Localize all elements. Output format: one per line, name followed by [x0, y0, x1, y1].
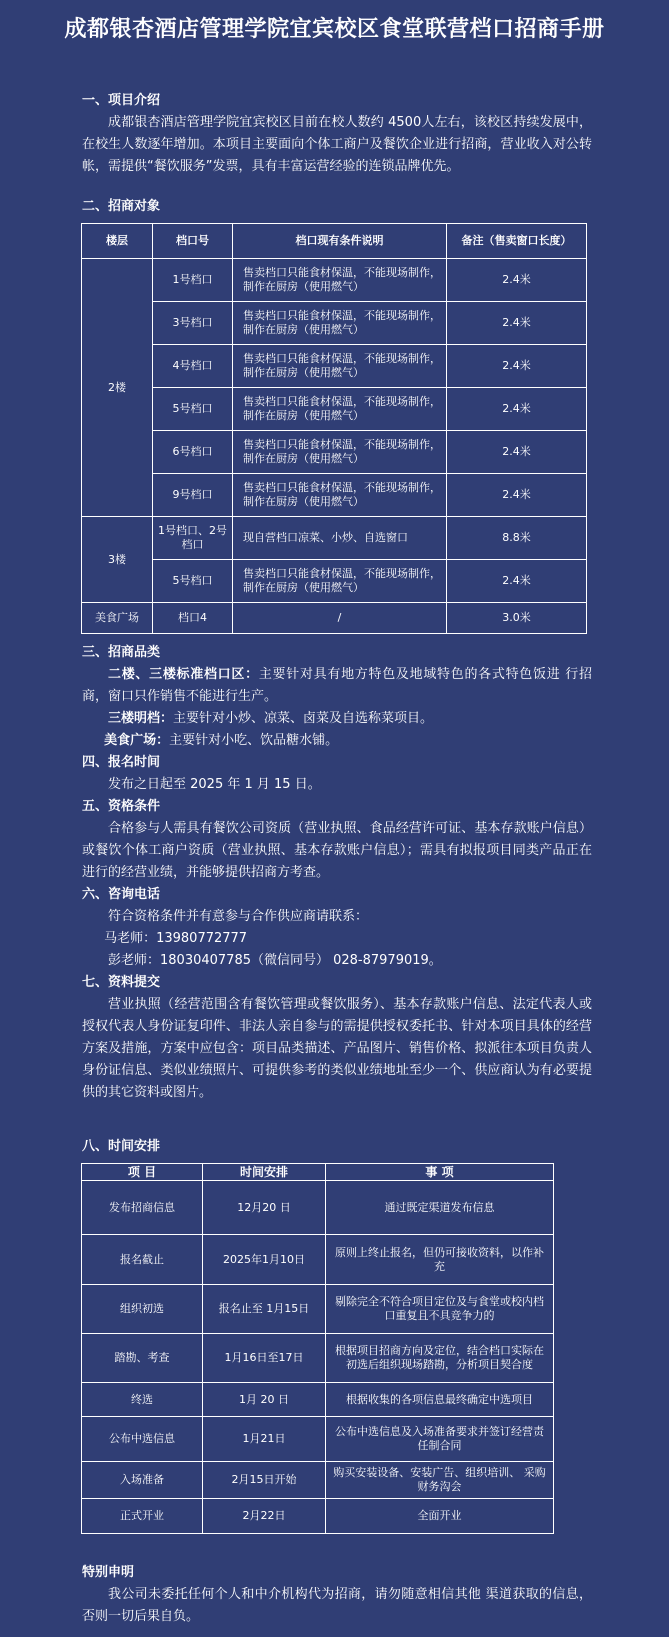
matter-cell: 原则上终止报名，但仍可接收资料，以作补充: [326, 1235, 554, 1285]
length-cell: 2.4米: [447, 431, 587, 474]
matter-cell: 购买安装设备、安装广告、组织培训、 采购财务沟会: [326, 1462, 554, 1499]
matter-cell: 根据收集的各项信息最终确定中选项目: [326, 1383, 554, 1417]
table-row: 3楼 1号档口、2号档口 现自营档口凉菜、小炒、自选窗口 8.8米: [82, 517, 587, 560]
time-cell: 1月 20 日: [203, 1383, 326, 1417]
schedule-table: 项 目 时间安排 事 项 发布招商信息 12月20 日 通过既定渠道发布信息 报…: [81, 1163, 554, 1534]
section-body: 营业执照（经营范围含有餐饮管理或餐饮服务）、基本存款账户信息、法定代表人或授权代…: [82, 994, 592, 1104]
stall-cell: 9号档口: [153, 474, 233, 517]
section-notice: 特别申明 我公司未委托任何个人和中介机构代为招商，请勿随意相信其他 渠道获取的信…: [82, 1562, 592, 1628]
item-cell: 公布中选信息: [82, 1417, 203, 1462]
condition-cell: 售卖档口只能食材保温，不能现场制作，制作在厨房（使用燃气）: [233, 259, 447, 302]
table-row: 终选 1月 20 日 根据收集的各项信息最终确定中选项目: [82, 1383, 554, 1417]
header-window-length: 备注（售卖窗口长度）: [447, 224, 587, 259]
length-cell: 8.8米: [447, 517, 587, 560]
section-body: 合格参与人需具有餐饮公司资质（营业执照、食品经营许可证、基本存款账户信息）或餐饮…: [82, 818, 592, 884]
table-row: 9号档口 售卖档口只能食材保温，不能现场制作，制作在厨房（使用燃气） 2.4米: [82, 474, 587, 517]
stall-cell: 3号档口: [153, 302, 233, 345]
table-row: 入场准备 2月15日开始 购买安装设备、安装广告、组织培训、 采购财务沟会: [82, 1462, 554, 1499]
table-row: 2楼 1号档口 售卖档口只能食材保温，不能现场制作，制作在厨房（使用燃气） 2.…: [82, 259, 587, 302]
category-item: 二楼、三楼标准档口区：主要针对具有地方特色及地域特色的各式特色饭进 行招商，窗口…: [82, 664, 592, 708]
section-heading: 三、招商品类: [82, 642, 592, 664]
time-cell: 2月22日: [203, 1499, 326, 1534]
stall-cell: 6号档口: [153, 431, 233, 474]
item-cell: 终选: [82, 1383, 203, 1417]
contact-peng: 彭老师：18030407785（微信同号） 028-87979019。: [82, 950, 592, 972]
time-cell: 12月20 日: [203, 1181, 326, 1235]
condition-cell: 售卖档口只能食材保温，不能现场制作，制作在厨房（使用燃气）: [233, 302, 447, 345]
category-label: 二楼、三楼标准档口区：: [108, 667, 259, 682]
item-cell: 踏勘、考查: [82, 1334, 203, 1383]
section-heading: 五、资格条件: [82, 796, 592, 818]
table-row: 正式开业 2月22日 全面开业: [82, 1499, 554, 1534]
condition-cell: /: [233, 603, 447, 634]
matter-cell: 全面开业: [326, 1499, 554, 1534]
time-cell: 报名止至 1月15日: [203, 1285, 326, 1334]
section-body: 我公司未委托任何个人和中介机构代为招商，请勿随意相信其他 渠道获取的信息，否则一…: [82, 1584, 592, 1628]
table-row: 美食广场 档口4 / 3.0米: [82, 603, 587, 634]
length-cell: 2.4米: [447, 560, 587, 603]
condition-cell: 售卖档口只能食材保温，不能现场制作，制作在厨房（使用燃气）: [233, 431, 447, 474]
page-title: 成都银杏酒店管理学院宜宾校区食堂联营档口招商手册: [0, 12, 669, 43]
matter-cell: 公布中选信息及入场准备要求并签订经营责任制合同: [326, 1417, 554, 1462]
item-cell: 发布招商信息: [82, 1181, 203, 1235]
time-cell: 1月16日至17日: [203, 1334, 326, 1383]
table-header-row: 楼层 档口号 档口现有条件说明 备注（售卖窗口长度）: [82, 224, 587, 259]
condition-cell: 售卖档口只能食材保温，不能现场制作，制作在厨房（使用燃气）: [233, 560, 447, 603]
floor-cell: 3楼: [82, 517, 153, 603]
section-body: 发布之日起至 2025 年 1 月 15 日。: [82, 774, 592, 796]
length-cell: 2.4米: [447, 474, 587, 517]
section-heading: 六、咨询电话: [82, 884, 592, 906]
table-row: 4号档口 售卖档口只能食材保温，不能现场制作，制作在厨房（使用燃气） 2.4米: [82, 345, 587, 388]
header-matter: 事 项: [326, 1164, 554, 1181]
table-row: 发布招商信息 12月20 日 通过既定渠道发布信息: [82, 1181, 554, 1235]
time-cell: 2月15日开始: [203, 1462, 326, 1499]
table-header-row: 项 目 时间安排 事 项: [82, 1164, 554, 1181]
category-label: 三楼明档：: [108, 711, 173, 726]
category-item: 三楼明档：主要针对小炒、凉菜、卤菜及自选称菜项目。: [82, 708, 592, 730]
item-cell: 组织初选: [82, 1285, 203, 1334]
header-stall: 档口号: [153, 224, 233, 259]
table-row: 报名截止 2025年1月10日 原则上终止报名，但仍可接收资料，以作补充: [82, 1235, 554, 1285]
floor-cell: 2楼: [82, 259, 153, 517]
condition-cell: 售卖档口只能食材保温，不能现场制作，制作在厨房（使用燃气）: [233, 474, 447, 517]
matter-cell: 通过既定渠道发布信息: [326, 1181, 554, 1235]
category-text: 主要针对小炒、凉菜、卤菜及自选称菜项目。: [173, 711, 433, 726]
item-cell: 正式开业: [82, 1499, 203, 1534]
category-text: 主要针对小吃、饮品糖水铺。: [169, 733, 338, 748]
section-heading: 特别申明: [82, 1562, 592, 1584]
length-cell: 3.0米: [447, 603, 587, 634]
stall-cell: 1号档口: [153, 259, 233, 302]
header-condition: 档口现有条件说明: [233, 224, 447, 259]
header-time: 时间安排: [203, 1164, 326, 1181]
condition-cell: 售卖档口只能食材保温，不能现场制作，制作在厨房（使用燃气）: [233, 388, 447, 431]
length-cell: 2.4米: [447, 259, 587, 302]
time-cell: 1月21日: [203, 1417, 326, 1462]
length-cell: 2.4米: [447, 388, 587, 431]
length-cell: 2.4米: [447, 345, 587, 388]
item-cell: 入场准备: [82, 1462, 203, 1499]
contact-ma: 马老师：13980772777: [82, 928, 592, 950]
section-targets: 二、招商对象: [82, 196, 592, 218]
table-row: 5号档口 售卖档口只能食材保温，不能现场制作，制作在厨房（使用燃气） 2.4米: [82, 560, 587, 603]
section-project-intro: 一、项目介绍 成都银杏酒店管理学院宜宾校区目前在校人数约 4500人左右，该校区…: [82, 90, 592, 178]
matter-cell: 剔除完全不符合项目定位及与食堂或校内档口重复且不具竞争力的: [326, 1285, 554, 1334]
condition-cell: 售卖档口只能食材保温，不能现场制作，制作在厨房（使用燃气）: [233, 345, 447, 388]
matter-cell: 根据项目招商方向及定位，结合档口实际在初选后组织现场踏勘，分析项目契合度: [326, 1334, 554, 1383]
section-heading: 一、项目介绍: [82, 90, 592, 112]
section-heading: 八、时间安排: [82, 1136, 592, 1158]
stall-table: 楼层 档口号 档口现有条件说明 备注（售卖窗口长度） 2楼 1号档口 售卖档口只…: [81, 223, 587, 634]
stall-cell: 5号档口: [153, 388, 233, 431]
table-row: 5号档口 售卖档口只能食材保温，不能现场制作，制作在厨房（使用燃气） 2.4米: [82, 388, 587, 431]
table-row: 踏勘、考查 1月16日至17日 根据项目招商方向及定位，结合档口实际在初选后组织…: [82, 1334, 554, 1383]
header-floor: 楼层: [82, 224, 153, 259]
length-cell: 2.4米: [447, 302, 587, 345]
table-row: 3号档口 售卖档口只能食材保温，不能现场制作，制作在厨房（使用燃气） 2.4米: [82, 302, 587, 345]
section-heading: 七、资料提交: [82, 972, 592, 994]
section-schedule: 八、时间安排: [82, 1136, 592, 1158]
section-heading: 四、报名时间: [82, 752, 592, 774]
section-heading: 二、招商对象: [82, 196, 592, 218]
floor-cell: 美食广场: [82, 603, 153, 634]
section-body: 成都银杏酒店管理学院宜宾校区目前在校人数约 4500人左右，该校区持续发展中，在…: [82, 112, 592, 178]
header-item: 项 目: [82, 1164, 203, 1181]
contact-intro: 符合资格条件并有意参与合作供应商请联系：: [82, 906, 592, 928]
stall-cell: 1号档口、2号档口: [153, 517, 233, 560]
condition-cell: 现自营档口凉菜、小炒、自选窗口: [233, 517, 447, 560]
stall-cell: 4号档口: [153, 345, 233, 388]
category-item: 美食广场：主要针对小吃、饮品糖水铺。: [82, 730, 592, 752]
item-cell: 报名截止: [82, 1235, 203, 1285]
stall-cell: 档口4: [153, 603, 233, 634]
table-row: 6号档口 售卖档口只能食材保温，不能现场制作，制作在厨房（使用燃气） 2.4米: [82, 431, 587, 474]
table-row: 公布中选信息 1月21日 公布中选信息及入场准备要求并签订经营责任制合同: [82, 1417, 554, 1462]
table-row: 组织初选 报名止至 1月15日 剔除完全不符合项目定位及与食堂或校内档口重复且不…: [82, 1285, 554, 1334]
category-label: 美食广场：: [104, 733, 169, 748]
section-categories-to-materials: 三、招商品类 二楼、三楼标准档口区：主要针对具有地方特色及地域特色的各式特色饭进…: [82, 642, 592, 1104]
time-cell: 2025年1月10日: [203, 1235, 326, 1285]
stall-cell: 5号档口: [153, 560, 233, 603]
